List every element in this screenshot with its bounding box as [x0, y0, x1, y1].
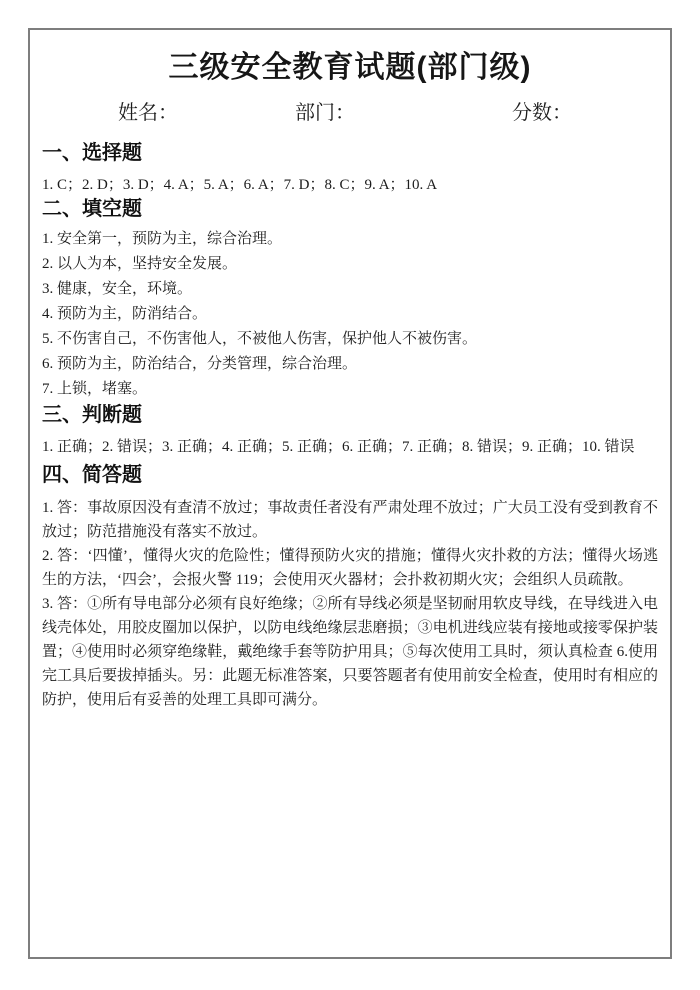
name-label: 姓名：: [118, 100, 178, 126]
header-fields-row: 姓名： 部门： 分数：: [30, 100, 670, 126]
fill-item: 5. 不伤害自己，不伤害他人，不被他人伤害，保护他人不被伤害。: [42, 327, 658, 352]
fill-answers-list: 1. 安全第一，预防为主，综合治理。 2. 以人为本，坚持安全发展。 3. 健康…: [42, 227, 658, 402]
fill-item: 6. 预防为主，防治结合，分类管理，综合治理。: [42, 352, 658, 377]
short-answer-paragraph: 2. 答：‘四懂’，懂得火灾的危险性；懂得预防火灾的措施；懂得火灾扑救的方法；懂…: [42, 544, 658, 592]
judge-answers-line: 1. 正确；2. 错误；3. 正确；4. 正确；5. 正确；6. 正确；7. 正…: [42, 436, 658, 458]
score-label: 分数：: [512, 100, 572, 126]
fill-item: 7. 上锁，堵塞。: [42, 377, 658, 402]
fill-item: 1. 安全第一，预防为主，综合治理。: [42, 227, 658, 252]
section-heading-judge: 三、判断题: [42, 402, 142, 428]
fill-item: 2. 以人为本，坚持安全发展。: [42, 252, 658, 277]
page-title: 三级安全教育试题(部门级): [30, 48, 670, 88]
short-answer-paragraph: 1. 答：事故原因没有查清不放过；事故责任者没有严肃处理不放过；广大员工没有受到…: [42, 496, 658, 544]
department-label: 部门：: [295, 100, 355, 126]
section-heading-short: 四、简答题: [42, 462, 142, 488]
short-answers-block: 1. 答：事故原因没有查清不放过；事故责任者没有严肃处理不放过；广大员工没有受到…: [42, 496, 658, 712]
section-heading-fill: 二、填空题: [42, 196, 142, 222]
fill-item: 4. 预防为主，防消结合。: [42, 302, 658, 327]
section-heading-choice: 一、选择题: [42, 140, 142, 166]
choice-answers-line: 1. C；2. D；3. D；4. A；5. A；6. A；7. D；8. C；…: [42, 174, 658, 196]
document-page: 三级安全教育试题(部门级) 姓名： 部门： 分数： 一、选择题 1. C；2. …: [28, 28, 672, 959]
short-answer-paragraph: 3. 答：①所有导电部分必须有良好绝缘；②所有导线必须是坚韧耐用软皮导线，在导线…: [42, 592, 658, 712]
fill-item: 3. 健康，安全，环境。: [42, 277, 658, 302]
